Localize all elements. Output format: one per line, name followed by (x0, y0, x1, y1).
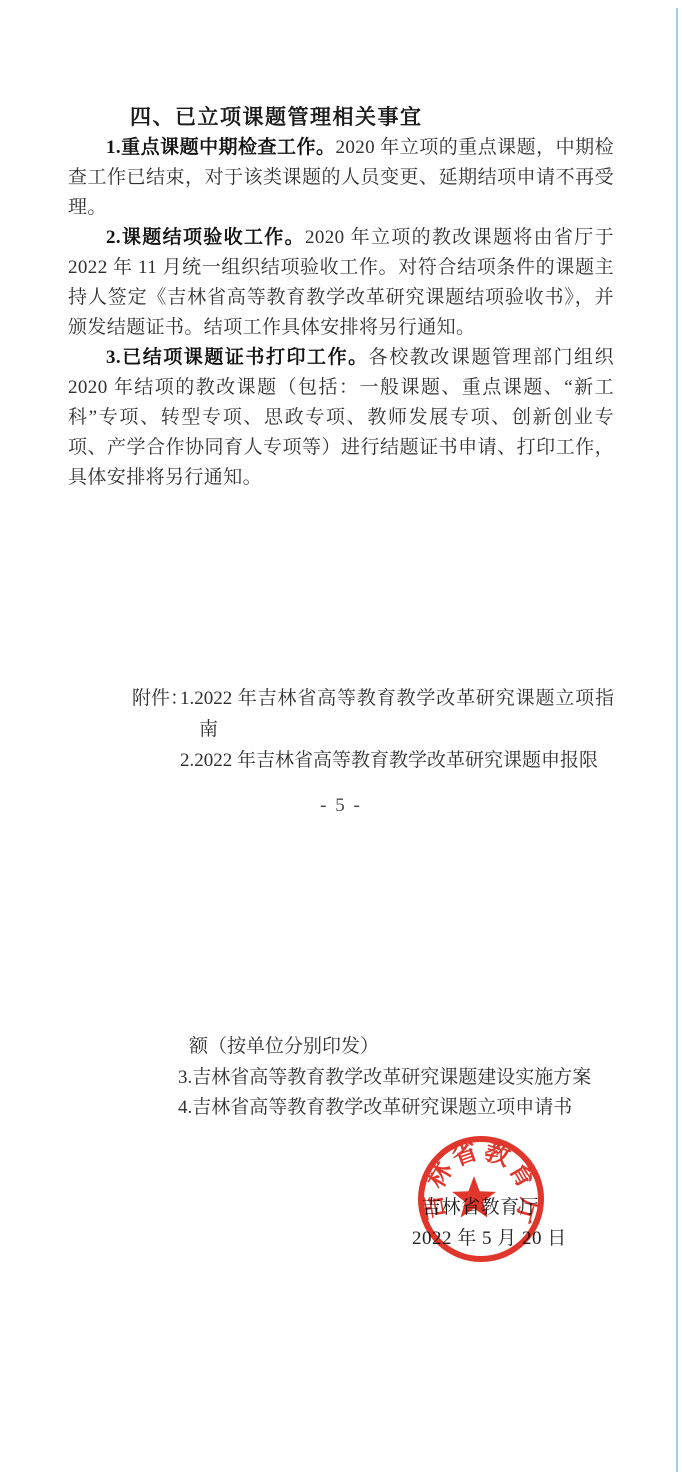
attachment-item-4: 4.吉林省高等教育教学改革研究课题立项申请书 (178, 1093, 591, 1124)
document-page: 四、已立项课题管理相关事宜 1.重点课题中期检查工作。2020 年立项的重点课题… (0, 0, 682, 1472)
seal-star-icon (452, 1176, 496, 1218)
attachment-item-1: 1.2022 年吉林省高等教育教学改革研究课题立项指南 (180, 683, 614, 745)
attachments-list: 1.2022 年吉林省高等教育教学改革研究课题立项指南 2.2022 年吉林省高… (180, 683, 614, 776)
paragraph-2: 2.课题结项验收工作。2020 年立项的教改课题将由省厅于 2022 年 11 … (68, 223, 614, 343)
seal-char-5: 育 (504, 1157, 542, 1193)
paragraph-1-lead: 1.重点课题中期检查工作。 (106, 137, 335, 158)
body-paragraphs: 1.重点课题中期检查工作。2020 年立项的重点课题，中期检查工作已结束，对于该… (68, 133, 614, 493)
continuation-block: 额（按单位分别印发） 3.吉林省高等教育教学改革研究课题建设实施方案 4.吉林省… (178, 1032, 591, 1124)
page-number: - 5 - (68, 795, 614, 817)
page-edge-line (676, 8, 678, 1472)
attachments-block: 附件： 1.2022 年吉林省高等教育教学改革研究课题立项指南 2.2022 年… (132, 683, 616, 776)
paragraph-2-lead: 2.课题结项验收工作。 (106, 227, 305, 248)
seal-circular-text: 吉 林 省 教 育 厅 (418, 1137, 543, 1227)
paragraph-3-lead: 3.已结项课题证书打印工作。 (106, 347, 369, 368)
section-heading: 四、已立项课题管理相关事宜 (130, 101, 423, 131)
attachment-item-3: 3.吉林省高等教育教学改革研究课题建设实施方案 (178, 1063, 591, 1094)
paragraph-3-body: 各校教改课题管理部门组织 2020 年结项的教改课题（包括：一般课题、重点课题、… (68, 347, 614, 488)
attachments-label: 附件： (132, 683, 180, 714)
seal-char-1: 吉 (418, 1193, 450, 1222)
paragraph-1: 1.重点课题中期检查工作。2020 年立项的重点课题，中期检查工作已结束，对于该… (68, 133, 614, 223)
official-seal-stamp: 吉 林 省 教 育 厅 (400, 1120, 570, 1275)
continuation-overflow-text: 额（按单位分别印发） (189, 1032, 591, 1063)
paragraph-3: 3.已结项课题证书打印工作。各校教改课题管理部门组织 2020 年结项的教改课题… (68, 343, 614, 493)
attachment-item-2: 2.2022 年吉林省高等教育教学改革研究课题申报限 (180, 745, 614, 776)
seal-char-2: 林 (421, 1157, 458, 1194)
